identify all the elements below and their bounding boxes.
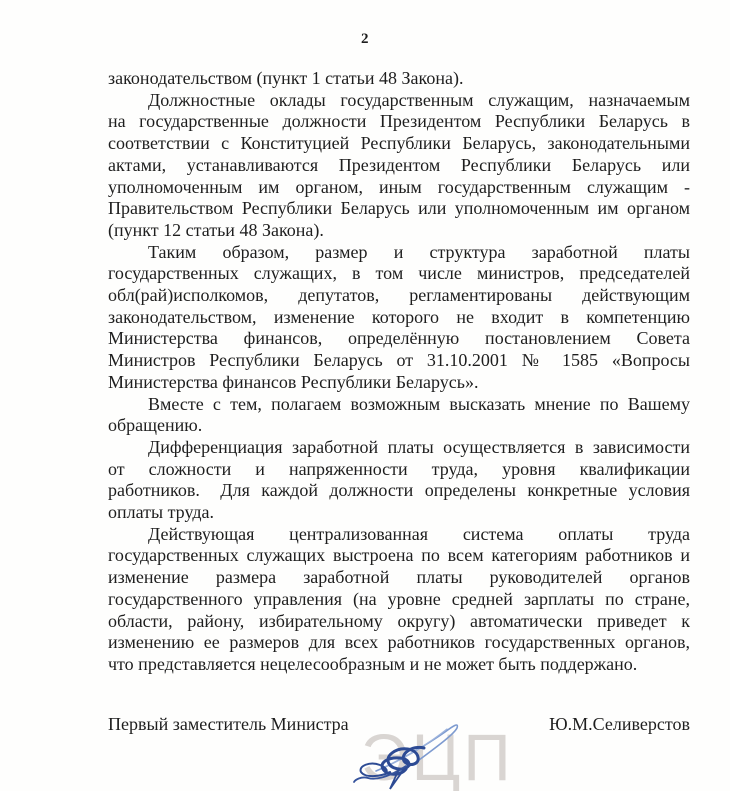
text-line: области, району, избирательному округу) …	[108, 611, 690, 633]
text-line: изменение размера заработной платы руков…	[108, 567, 690, 589]
text-line: Министерства финансов, определённую пост…	[108, 328, 690, 350]
text-line: (пункт 12 статьи 48 Закона).	[108, 220, 690, 242]
text-line: Должностные оклады государственным служа…	[108, 90, 690, 112]
text-line: законодательством (пункт 1 статьи 48 Зак…	[108, 68, 690, 90]
text-line: государственного управления (на уровне с…	[108, 589, 690, 611]
text-line: Таким образом, размер и структура зарабо…	[108, 242, 690, 264]
text-line: изменению ее размеров для всех работнико…	[108, 632, 690, 654]
text-line: Министерства финансов Республики Беларус…	[108, 372, 690, 394]
text-line: государственных служащих, в том числе ми…	[108, 263, 690, 285]
text-line: на государственные должности Президентом…	[108, 111, 690, 133]
text-line: что представляется нецелесообразным и не…	[108, 654, 690, 676]
text-line: государственных служащих выстроена по вс…	[108, 545, 690, 567]
document-body: законодательством (пункт 1 статьи 48 Зак…	[108, 68, 690, 676]
text-line: работников. Для каждой должности определ…	[108, 480, 690, 502]
text-line: обращению.	[108, 415, 690, 437]
document-page: 2 законодательством (пункт 1 статьи 48 З…	[0, 0, 730, 791]
page-number: 2	[0, 31, 730, 48]
signer-title: Первый заместитель Министра	[108, 713, 349, 735]
text-line: Министров Республики Беларусь от 31.10.2…	[108, 350, 690, 372]
text-line: Действующая централизованная система опл…	[108, 524, 690, 546]
text-line: законодательством, изменение которого не…	[108, 307, 690, 329]
handwritten-signature	[346, 714, 468, 791]
text-line: Дифференциация заработной платы осуществ…	[108, 437, 690, 459]
text-line: соответствии с Конституцией Республики Б…	[108, 133, 690, 155]
text-line: от сложности и напряженности труда, уров…	[108, 459, 690, 481]
text-line: уполномоченным им органом, иным государс…	[108, 177, 690, 199]
text-line: оплаты труда.	[108, 502, 690, 524]
text-line: Вместе с тем, полагаем возможным высказа…	[108, 394, 690, 416]
signer-name: Ю.М.Селиверстов	[549, 713, 690, 735]
text-line: Правительством Республики Беларусь или у…	[108, 198, 690, 220]
text-line: актами, устанавливаются Президентом Респ…	[108, 155, 690, 177]
text-line: обл(рай)исполкомов, депутатов, регламент…	[108, 285, 690, 307]
